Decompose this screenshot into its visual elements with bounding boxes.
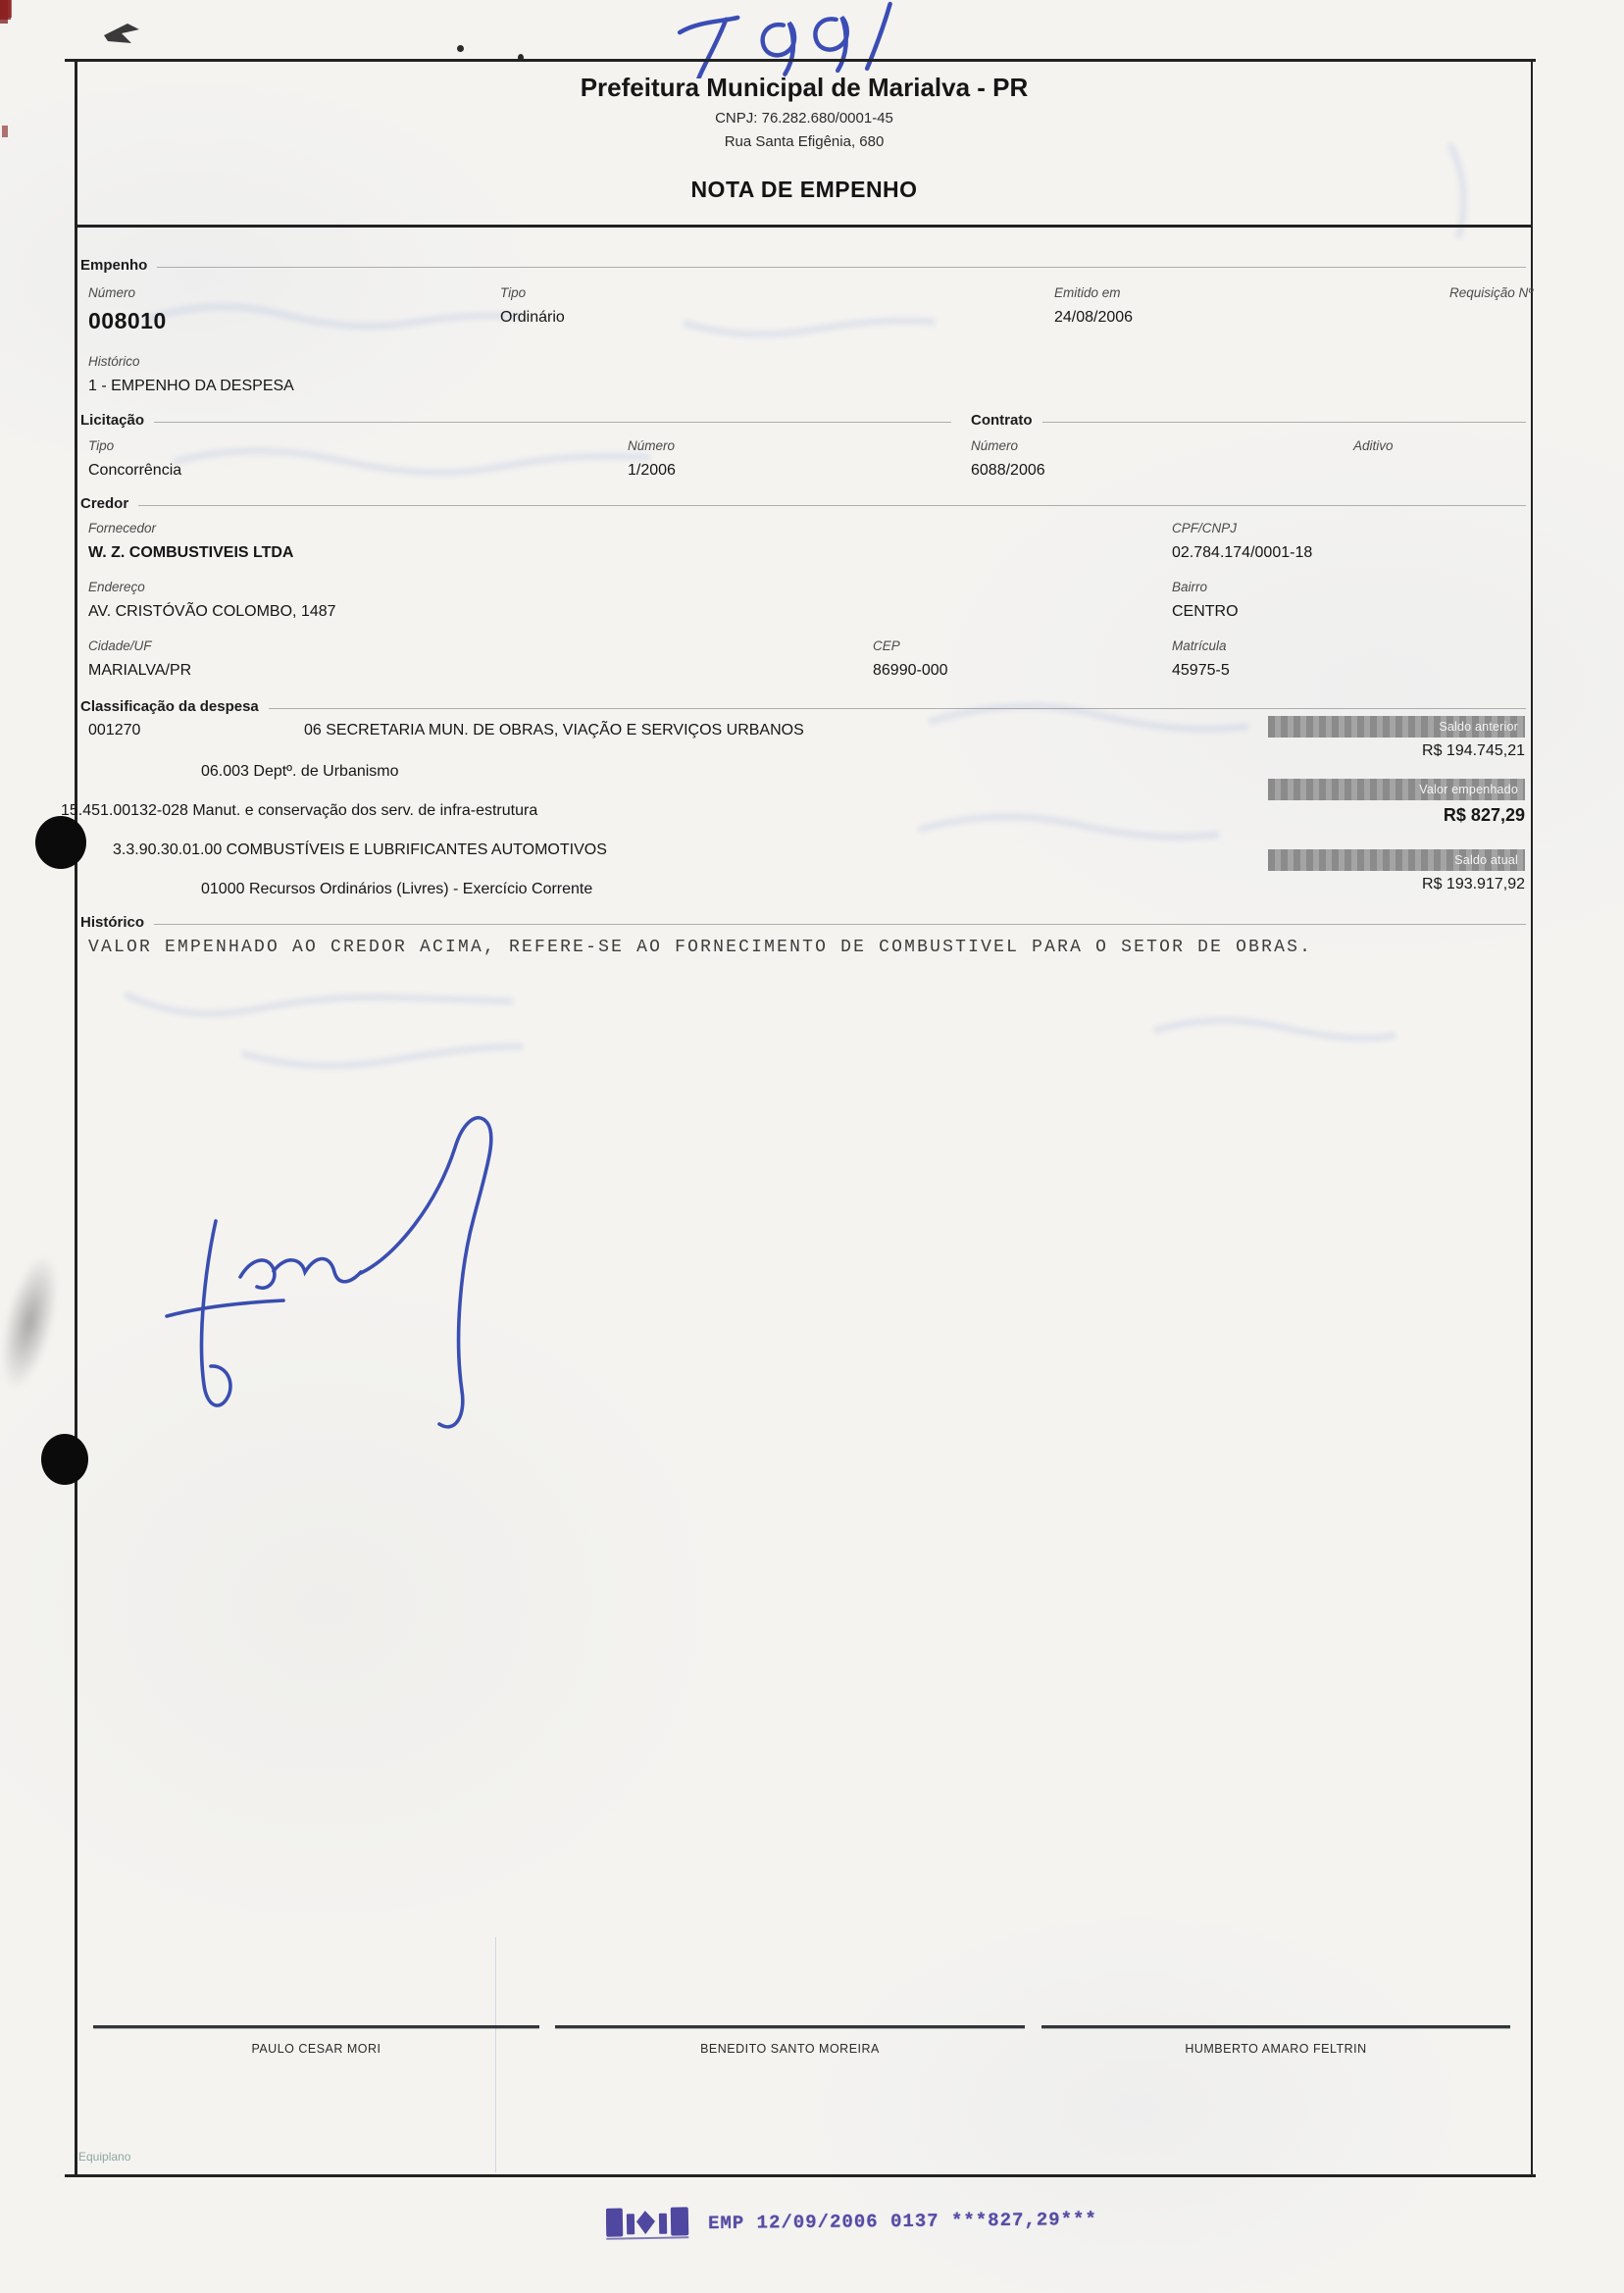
saldo-atual-bar: Saldo atual (1268, 849, 1525, 871)
equiplano-watermark: Equiplano (78, 2150, 130, 2164)
field-label: Matrícula (1172, 639, 1230, 653)
classificacao-codigo: 001270 (88, 722, 140, 739)
signature-line (93, 2025, 539, 2028)
field-label: Bairro (1172, 581, 1239, 594)
field-value: Ordinário (500, 308, 565, 327)
field-label: Endereço (88, 581, 336, 594)
field-empenho-emitido: Emitido em 24/08/2006 (1054, 286, 1133, 327)
scanned-document-page: { "colors": { "ink_blue": "#3b4db5", "st… (0, 0, 1624, 2293)
field-value: CENTRO (1172, 602, 1239, 621)
field-cpf-cnpj: CPF/CNPJ 02.784.174/0001-18 (1172, 522, 1312, 562)
group-rule (157, 267, 1526, 268)
field-matricula: Matrícula 45975-5 (1172, 639, 1230, 680)
field-value: 45975-5 (1172, 661, 1230, 680)
field-label: CPF/CNPJ (1172, 522, 1312, 535)
group-contrato: Contrato (971, 412, 1526, 429)
scan-smudge (0, 1249, 69, 1394)
field-fornecedor: Fornecedor W. Z. COMBUSTIVEIS LTDA (88, 522, 293, 562)
header-cnpj: CNPJ: 76.282.680/0001-45 (77, 110, 1531, 127)
field-bairro: Bairro CENTRO (1172, 581, 1239, 621)
hole-punch-mark (41, 1434, 88, 1485)
field-value: 1/2006 (628, 461, 676, 480)
field-cidade-uf: Cidade/UF MARIALVA/PR (88, 639, 191, 680)
saldo-anterior-bar: Saldo anterior (1268, 716, 1525, 738)
group-credor-label: Credor (80, 495, 128, 512)
classificacao-unidade: 06.003 Deptº. de Urbanismo (201, 763, 399, 781)
hole-punch-mark (35, 816, 86, 869)
group-licitacao: Licitação (80, 412, 951, 429)
validation-stamp: EMP 12/09/2006 0137 ***827,29*** (606, 2203, 1097, 2240)
group-rule (154, 422, 951, 423)
group-rule (1042, 422, 1527, 423)
field-label: Cidade/UF (88, 639, 191, 653)
group-rule (269, 708, 1526, 709)
group-rule (138, 505, 1526, 506)
field-label: Tipo (88, 439, 181, 453)
group-credor: Credor (80, 495, 1526, 512)
field-label: Requisição Nº (1449, 286, 1533, 300)
field-value: 6088/2006 (971, 461, 1045, 480)
field-value: 008010 (88, 308, 167, 335)
field-value: MARIALVA/PR (88, 661, 191, 680)
signatory-name: PAULO CESAR MORI (93, 2042, 539, 2056)
valor-empenhado-valor: R$ 827,29 (1268, 805, 1525, 826)
field-value: 24/08/2006 (1054, 308, 1133, 327)
field-empenho-tipo: Tipo Ordinário (500, 286, 565, 327)
field-empenho-requisicao: Requisição Nº (1449, 286, 1533, 300)
frame-right-border (1531, 59, 1533, 2177)
field-endereco: Endereço AV. CRISTÓVÃO COLOMBO, 1487 (88, 581, 336, 621)
field-value: W. Z. COMBUSTIVEIS LTDA (88, 543, 293, 562)
field-label: Número (88, 286, 167, 300)
group-licitacao-label: Licitação (80, 412, 144, 429)
dark-check-mark (102, 22, 141, 47)
field-value: 1 - EMPENHO DA DESPESA (88, 377, 294, 395)
group-classificacao-label: Classificação da despesa (80, 698, 259, 715)
field-empenho-numero: Número 008010 (88, 286, 167, 334)
field-label: Número (971, 439, 1045, 453)
field-licitacao-numero: Número 1/2006 (628, 439, 676, 480)
group-empenho: Empenho (80, 257, 1526, 274)
field-label: Emitido em (1054, 286, 1133, 300)
field-label: Tipo (500, 286, 565, 300)
field-label: Histórico (88, 355, 294, 369)
frame-top-border (65, 59, 1536, 62)
signatory-name: BENEDITO SANTO MOREIRA (555, 2042, 1025, 2056)
group-contrato-label: Contrato (971, 412, 1033, 429)
field-empenho-historico: Histórico 1 - EMPENHO DA DESPESA (88, 355, 294, 395)
signature-line (555, 2025, 1025, 2028)
classificacao-funcional: 15.451.00132-028 Manut. e conservação do… (61, 802, 537, 820)
field-value: 02.784.174/0001-18 (1172, 543, 1312, 562)
field-value: 86990-000 (873, 661, 948, 680)
classificacao-orgao: 06 SECRETARIA MUN. DE OBRAS, VIAÇÃO E SE… (304, 722, 804, 739)
handwritten-signature (162, 1108, 593, 1452)
stamp-text: EMP 12/09/2006 0137 ***827,29*** (708, 2209, 1097, 2234)
saldo-atual-valor: R$ 193.917,92 (1268, 876, 1525, 893)
field-contrato-numero: Número 6088/2006 (971, 439, 1045, 480)
historico-texto: VALOR EMPENHADO AO CREDOR ACIMA, REFERE-… (88, 938, 1515, 957)
group-rule (154, 924, 1526, 925)
scan-edge-mark (0, 0, 12, 18)
group-historico: Histórico (80, 914, 1526, 931)
field-contrato-aditivo: Aditivo (1353, 439, 1394, 453)
signatory-name: HUMBERTO AMARO FELTRIN (1041, 2042, 1510, 2056)
classificacao-fonte: 01000 Recursos Ordinários (Livres) - Exe… (201, 881, 592, 898)
pen-dot (457, 45, 464, 52)
classificacao-natureza: 3.3.90.30.01.00 COMBUSTÍVEIS E LUBRIFICA… (113, 841, 607, 859)
header-title: Prefeitura Municipal de Marialva - PR (77, 73, 1531, 103)
header-divider (76, 225, 1532, 228)
field-label: Número (628, 439, 676, 453)
field-label: Fornecedor (88, 522, 293, 535)
field-value: Concorrência (88, 461, 181, 480)
handwritten-page-number (659, 0, 1012, 78)
group-classificacao: Classificação da despesa (80, 698, 1526, 715)
signature-line (1041, 2025, 1510, 2028)
valor-empenhado-bar: Valor empenhado (1268, 779, 1525, 800)
field-label: CEP (873, 639, 948, 653)
frame-bottom-border (65, 2174, 1536, 2177)
group-historico-label: Histórico (80, 914, 144, 931)
saldo-anterior-valor: R$ 194.745,21 (1268, 742, 1525, 760)
frame-left-border (75, 59, 77, 2177)
field-value: AV. CRISTÓVÃO COLOMBO, 1487 (88, 602, 336, 621)
document-title: NOTA DE EMPENHO (77, 177, 1531, 203)
field-licitacao-tipo: Tipo Concorrência (88, 439, 181, 480)
group-empenho-label: Empenho (80, 257, 147, 274)
stamp-logo-icon (606, 2203, 692, 2240)
field-cep: CEP 86990-000 (873, 639, 948, 680)
scan-edge-mark (2, 126, 8, 137)
header-address: Rua Santa Efigênia, 680 (77, 133, 1531, 150)
field-label: Aditivo (1353, 439, 1394, 453)
